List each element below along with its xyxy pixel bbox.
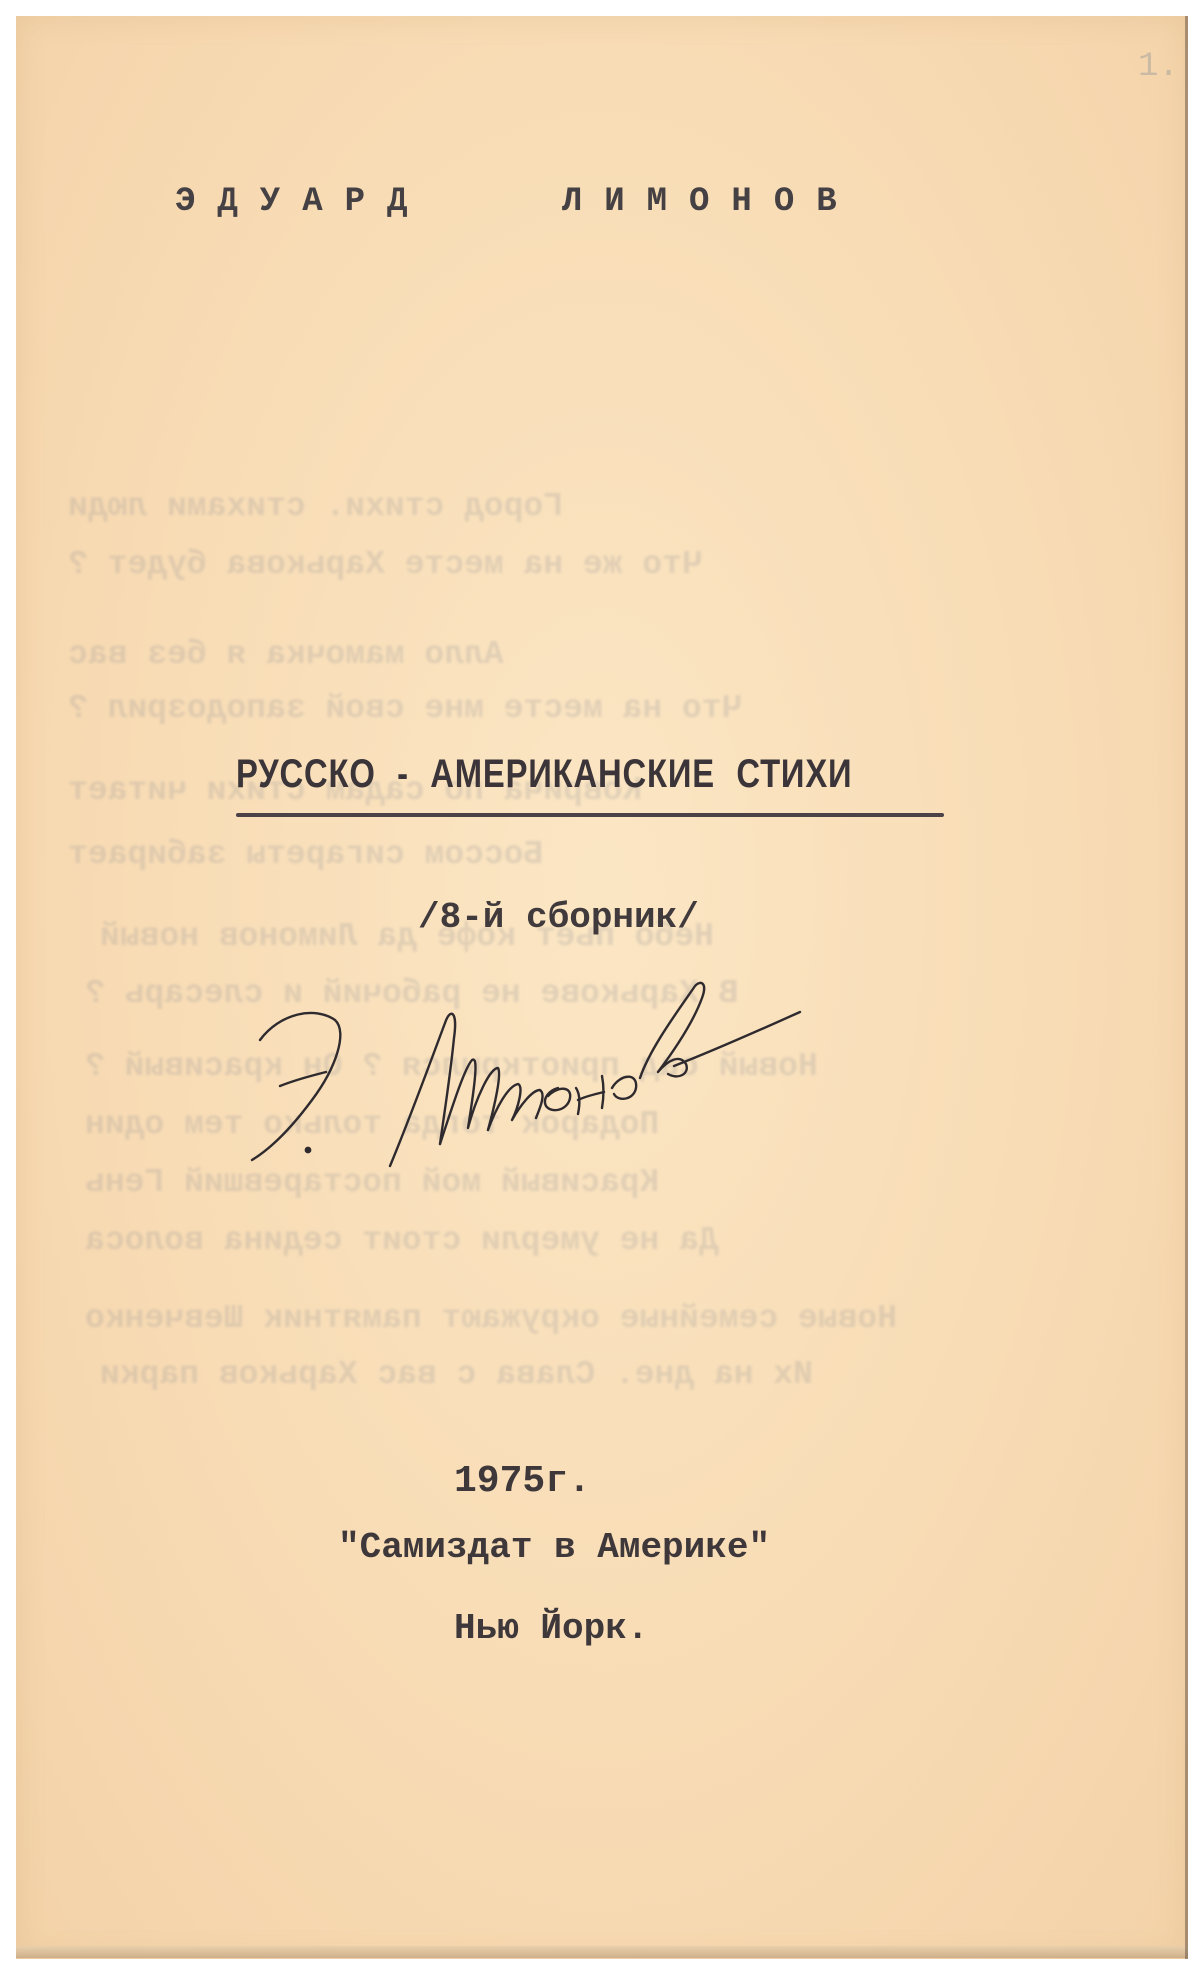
title-underline bbox=[236, 813, 944, 817]
show-through-line: Что на месте мне свой заподозрил ? bbox=[68, 690, 741, 727]
publication-city: Нью Йорк. bbox=[454, 1608, 648, 1649]
collection-subtitle: /8-й сборник/ bbox=[418, 897, 699, 938]
show-through-line: Да не умерли стоит седина волоса bbox=[85, 1222, 719, 1259]
book-title: РУССКО - АМЕРИКАНСКИЕ СТИХИ bbox=[236, 752, 852, 797]
show-through-line: Красивый мой постаревший Гень bbox=[85, 1164, 659, 1201]
show-through-line: Алло мамочка я без вас bbox=[68, 636, 504, 673]
show-through-line: Город стихи. стихами люди bbox=[68, 488, 563, 525]
page-stack-edge bbox=[16, 1946, 1188, 1958]
publisher: "Самиздат в Америке" bbox=[338, 1527, 770, 1568]
author-signature bbox=[240, 968, 820, 1168]
show-through-line: Что же на месте Харькова будет ? bbox=[68, 546, 702, 583]
author-name: ЭДУАРД ЛИМОНОВ bbox=[175, 183, 915, 221]
show-through-line: Боссом сигареты забирает bbox=[68, 836, 543, 873]
show-through-line: Новые семейные окружают памятник Шевченк… bbox=[85, 1300, 897, 1337]
publication-year: 1975г. bbox=[454, 1460, 591, 1503]
show-through-line: Их на дне. Слава с вас Харьков парки bbox=[100, 1356, 813, 1393]
page-number: 1. bbox=[1138, 48, 1179, 86]
page-right-edge bbox=[1185, 16, 1188, 1959]
